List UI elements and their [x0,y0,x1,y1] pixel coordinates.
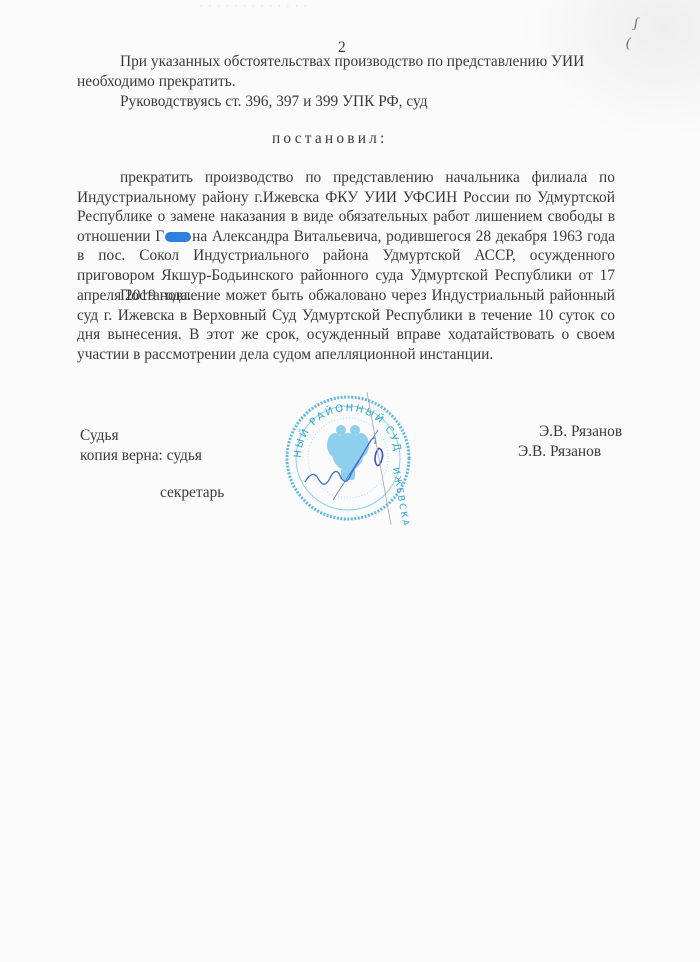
bleed-through-text: · · · · · · · · · · · · · [200,2,400,12]
judge-name: Э.В. Рязанов [539,422,622,442]
ruling-paragraph: прекратить производство по представлению… [77,168,615,305]
document-page: · · · · · · · · · · · · · ʃ ( 2 При указ… [0,0,700,962]
intro-line-3: Руководствуясь ст. 396, 397 и 399 УПК РФ… [120,92,428,112]
redaction-mark [165,232,191,242]
pen-mark: ʃ [634,16,638,32]
pen-mark: ( [626,36,631,52]
court-seal-stamp: НЫЙ РАЙОННЫЙ СУД ИЖЕВСКА [283,390,413,525]
appeal-paragraph: Постановление может быть обжаловано чере… [77,286,615,364]
copy-judge-name: Э.В. Рязанов [518,442,601,462]
copy-label: копия верна: судья [80,446,202,466]
intro-line-1: При указанных обстоятельствах производст… [120,52,584,72]
secretary-label: секретарь [160,483,224,503]
seal-icon: НЫЙ РАЙОННЫЙ СУД ИЖЕВСКА [283,390,413,525]
judge-label: Судья [80,426,119,446]
intro-line-2: необходимо прекратить. [77,72,236,92]
resolution-heading: постановил: [272,129,387,149]
appeal-text: Постановление может быть обжаловано чере… [77,287,615,363]
